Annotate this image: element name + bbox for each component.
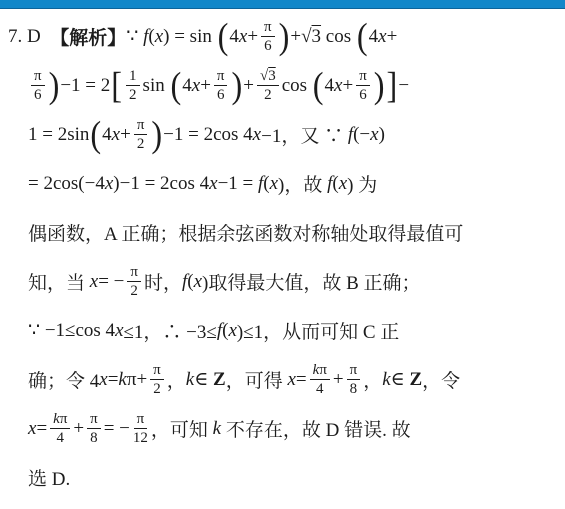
math-text: 4 bbox=[229, 26, 239, 48]
fraction: √32 bbox=[257, 68, 279, 104]
math-variable: k bbox=[186, 369, 194, 391]
math-text: )，故 bbox=[278, 170, 327, 197]
fraction: kπ4 bbox=[310, 362, 330, 398]
math-variable: x bbox=[339, 173, 347, 195]
math-text: + bbox=[290, 26, 301, 48]
big-delimiter: ) bbox=[230, 67, 243, 104]
math-text: ， bbox=[167, 366, 186, 393]
math-variable: x bbox=[192, 75, 200, 97]
fraction: π6 bbox=[31, 68, 45, 104]
math-text: + bbox=[247, 26, 258, 48]
bold-text: 【解析】 bbox=[50, 23, 126, 50]
math-text: ) bbox=[379, 124, 385, 146]
math-text: 7. D bbox=[8, 26, 50, 48]
fraction-numerator: 1 bbox=[126, 68, 140, 87]
math-text: 4 bbox=[182, 75, 192, 97]
fraction: π6 bbox=[356, 68, 370, 104]
solution-line: ∵ −1≤cos 4x≤1，∴ −3≤f(x)≤1，从而可知 C 正 bbox=[0, 306, 565, 355]
fraction-numerator: kπ bbox=[310, 362, 330, 381]
fraction: π8 bbox=[347, 362, 361, 398]
fraction-numerator: kπ bbox=[50, 411, 70, 430]
math-text: ∵ −1≤cos 4 bbox=[28, 319, 115, 342]
fraction-numerator: π bbox=[87, 411, 101, 430]
fraction-denominator: 6 bbox=[34, 86, 42, 104]
math-variable: x bbox=[370, 124, 378, 146]
fraction-numerator: π bbox=[134, 411, 148, 430]
fraction-denominator: 6 bbox=[359, 86, 367, 104]
math-text: 时， bbox=[144, 268, 182, 295]
math-text: + bbox=[73, 418, 84, 440]
math-text: ≤1，∴ −3≤ bbox=[124, 317, 217, 344]
big-delimiter: ) bbox=[150, 116, 163, 153]
math-text: 知，当 bbox=[28, 268, 90, 295]
math-variable: x bbox=[239, 26, 247, 48]
math-text: 4 bbox=[325, 75, 335, 97]
math-variable: x bbox=[99, 369, 107, 391]
math-text: ∈ bbox=[194, 368, 213, 391]
math-variable: x bbox=[155, 26, 163, 48]
fraction-denominator: 4 bbox=[57, 429, 65, 447]
math-text: 确；令 4 bbox=[28, 366, 99, 393]
big-delimiter: ( bbox=[356, 18, 369, 55]
math-variable: x bbox=[115, 320, 123, 342]
big-delimiter: ( bbox=[89, 116, 102, 153]
solution-text: 7. D 【解析】∵ f(x) = sin (4x+π6)+√3 cos (4x… bbox=[0, 9, 565, 502]
big-delimiter: ( bbox=[217, 18, 230, 55]
fraction-denominator: 4 bbox=[316, 380, 324, 398]
math-variable: x bbox=[378, 26, 386, 48]
math-text: = − bbox=[104, 418, 130, 440]
math-text: 4 bbox=[102, 124, 112, 146]
fraction-denominator: 2 bbox=[137, 135, 145, 153]
math-text: + bbox=[342, 75, 353, 97]
bold-text: Z bbox=[409, 369, 422, 391]
solution-line: 知，当 x= −π2时，f(x)取得最大值，故 B 正确； bbox=[0, 257, 565, 306]
solution-line: 确；令 4x=kπ+π2，k∈ Z，可得 x=kπ4+π8，k∈ Z，令 bbox=[0, 355, 565, 404]
math-text: = bbox=[296, 369, 307, 391]
math-variable: x bbox=[105, 173, 113, 195]
math-text: )−1 = 2cos 4 bbox=[113, 173, 209, 195]
math-text: ，可知 bbox=[151, 415, 213, 442]
math-text: + bbox=[333, 369, 344, 391]
math-text: −1 = bbox=[218, 173, 258, 195]
big-delimiter: ] bbox=[386, 67, 399, 104]
math-text: 不存在，故 D 错误. 故 bbox=[221, 415, 410, 442]
math-text: π+ bbox=[127, 369, 147, 391]
math-text: 1 = 2sin bbox=[28, 124, 89, 146]
fraction-denominator: 2 bbox=[129, 86, 137, 104]
math-text: + bbox=[120, 124, 131, 146]
fraction: π6 bbox=[214, 68, 228, 104]
math-variable: x bbox=[334, 75, 342, 97]
fraction: π6 bbox=[261, 19, 275, 55]
fraction: π2 bbox=[150, 362, 164, 398]
fraction-numerator: π bbox=[261, 19, 275, 38]
math-text: −1 = 2 bbox=[60, 75, 110, 97]
solution-line: 选 D. bbox=[0, 453, 565, 502]
fraction-denominator: 8 bbox=[90, 429, 98, 447]
math-text: ，可得 bbox=[226, 366, 288, 393]
math-text: + bbox=[387, 26, 398, 48]
math-variable: x bbox=[28, 418, 36, 440]
math-variable: x bbox=[209, 173, 217, 195]
fraction-denominator: 6 bbox=[217, 86, 225, 104]
math-text: )取得最大值，故 B 正确； bbox=[202, 268, 421, 295]
bold-text: Z bbox=[213, 369, 226, 391]
math-text: (− bbox=[353, 124, 370, 146]
fraction-numerator: π bbox=[127, 264, 141, 283]
solution-line: 偶函数，A 正确；根据余弦函数对称轴处取得最值可 bbox=[0, 208, 565, 257]
math-variable: k bbox=[382, 369, 390, 391]
math-text: −1，又 ∵ bbox=[261, 121, 348, 148]
math-text: −1 = 2cos 4 bbox=[163, 124, 253, 146]
fraction: kπ4 bbox=[50, 411, 70, 447]
fraction: π8 bbox=[87, 411, 101, 447]
math-text: = 2cos(−4 bbox=[28, 173, 105, 195]
math-variable: x bbox=[228, 320, 236, 342]
math-variable: x bbox=[253, 124, 261, 146]
fraction: π12 bbox=[133, 411, 148, 447]
math-variable: x bbox=[287, 369, 295, 391]
big-delimiter: ( bbox=[169, 67, 182, 104]
fraction-numerator: π bbox=[356, 68, 370, 87]
math-text: = bbox=[108, 369, 119, 391]
math-text: )≤1，从而可知 C 正 bbox=[237, 317, 399, 344]
math-text: 4 bbox=[369, 26, 379, 48]
fraction-numerator: π bbox=[150, 362, 164, 381]
fraction-denominator: 2 bbox=[153, 380, 161, 398]
big-delimiter: [ bbox=[110, 67, 123, 104]
fraction-denominator: 12 bbox=[133, 429, 148, 447]
big-delimiter: ) bbox=[48, 67, 61, 104]
fraction-numerator: π bbox=[214, 68, 228, 87]
radical: √3 bbox=[301, 26, 321, 48]
math-text: ， bbox=[363, 366, 382, 393]
fraction: 12 bbox=[126, 68, 140, 104]
fraction-numerator: π bbox=[134, 117, 148, 136]
top-divider-bar bbox=[0, 0, 565, 9]
math-variable: x bbox=[194, 271, 202, 293]
solution-line: x=kπ4+π8= −π12，可知 k 不存在，故 D 错误. 故 bbox=[0, 404, 565, 453]
fraction-numerator: √3 bbox=[257, 68, 279, 87]
math-text: + bbox=[200, 75, 211, 97]
math-text: = − bbox=[98, 271, 124, 293]
fraction-denominator: 2 bbox=[130, 282, 138, 300]
math-text: 选 D. bbox=[28, 464, 70, 491]
math-text: − bbox=[398, 75, 409, 97]
fraction-denominator: 2 bbox=[264, 86, 272, 104]
big-delimiter: ) bbox=[278, 18, 291, 55]
fraction-numerator: π bbox=[31, 68, 45, 87]
math-text: sin bbox=[143, 75, 170, 97]
big-delimiter: ( bbox=[312, 67, 325, 104]
big-delimiter: ) bbox=[373, 67, 386, 104]
fraction-denominator: 8 bbox=[350, 380, 358, 398]
math-variable: k bbox=[118, 369, 126, 391]
math-text: ∈ bbox=[391, 368, 410, 391]
math-text: cos bbox=[321, 26, 356, 48]
math-text: ∵ bbox=[126, 25, 143, 48]
math-variable: k bbox=[213, 418, 221, 440]
fraction: π2 bbox=[127, 264, 141, 300]
solution-line: 1 = 2sin(4x+π2)−1 = 2cos 4x−1，又 ∵ f(−x) bbox=[0, 110, 565, 159]
math-text: ) = sin bbox=[163, 26, 216, 48]
math-variable: x bbox=[112, 124, 120, 146]
solution-line: 7. D 【解析】∵ f(x) = sin (4x+π6)+√3 cos (4x… bbox=[0, 12, 565, 61]
solution-line: π6)−1 = 2[12sin (4x+π6)+√32cos (4x+π6)]− bbox=[0, 61, 565, 110]
solution-line: = 2cos(−4x)−1 = 2cos 4x−1 = f(x)，故 f(x) … bbox=[0, 159, 565, 208]
math-variable: x bbox=[270, 173, 278, 195]
math-text: ，令 bbox=[422, 366, 460, 393]
fraction-numerator: π bbox=[347, 362, 361, 381]
fraction: π2 bbox=[134, 117, 148, 153]
math-text: 偶函数，A 正确；根据余弦函数对称轴处取得最值可 bbox=[28, 219, 463, 246]
math-variable: x bbox=[90, 271, 98, 293]
math-text: cos bbox=[282, 75, 312, 97]
math-text: ) 为 bbox=[347, 170, 377, 197]
fraction-denominator: 6 bbox=[264, 37, 272, 55]
math-text: + bbox=[243, 75, 254, 97]
math-text: = bbox=[36, 418, 47, 440]
